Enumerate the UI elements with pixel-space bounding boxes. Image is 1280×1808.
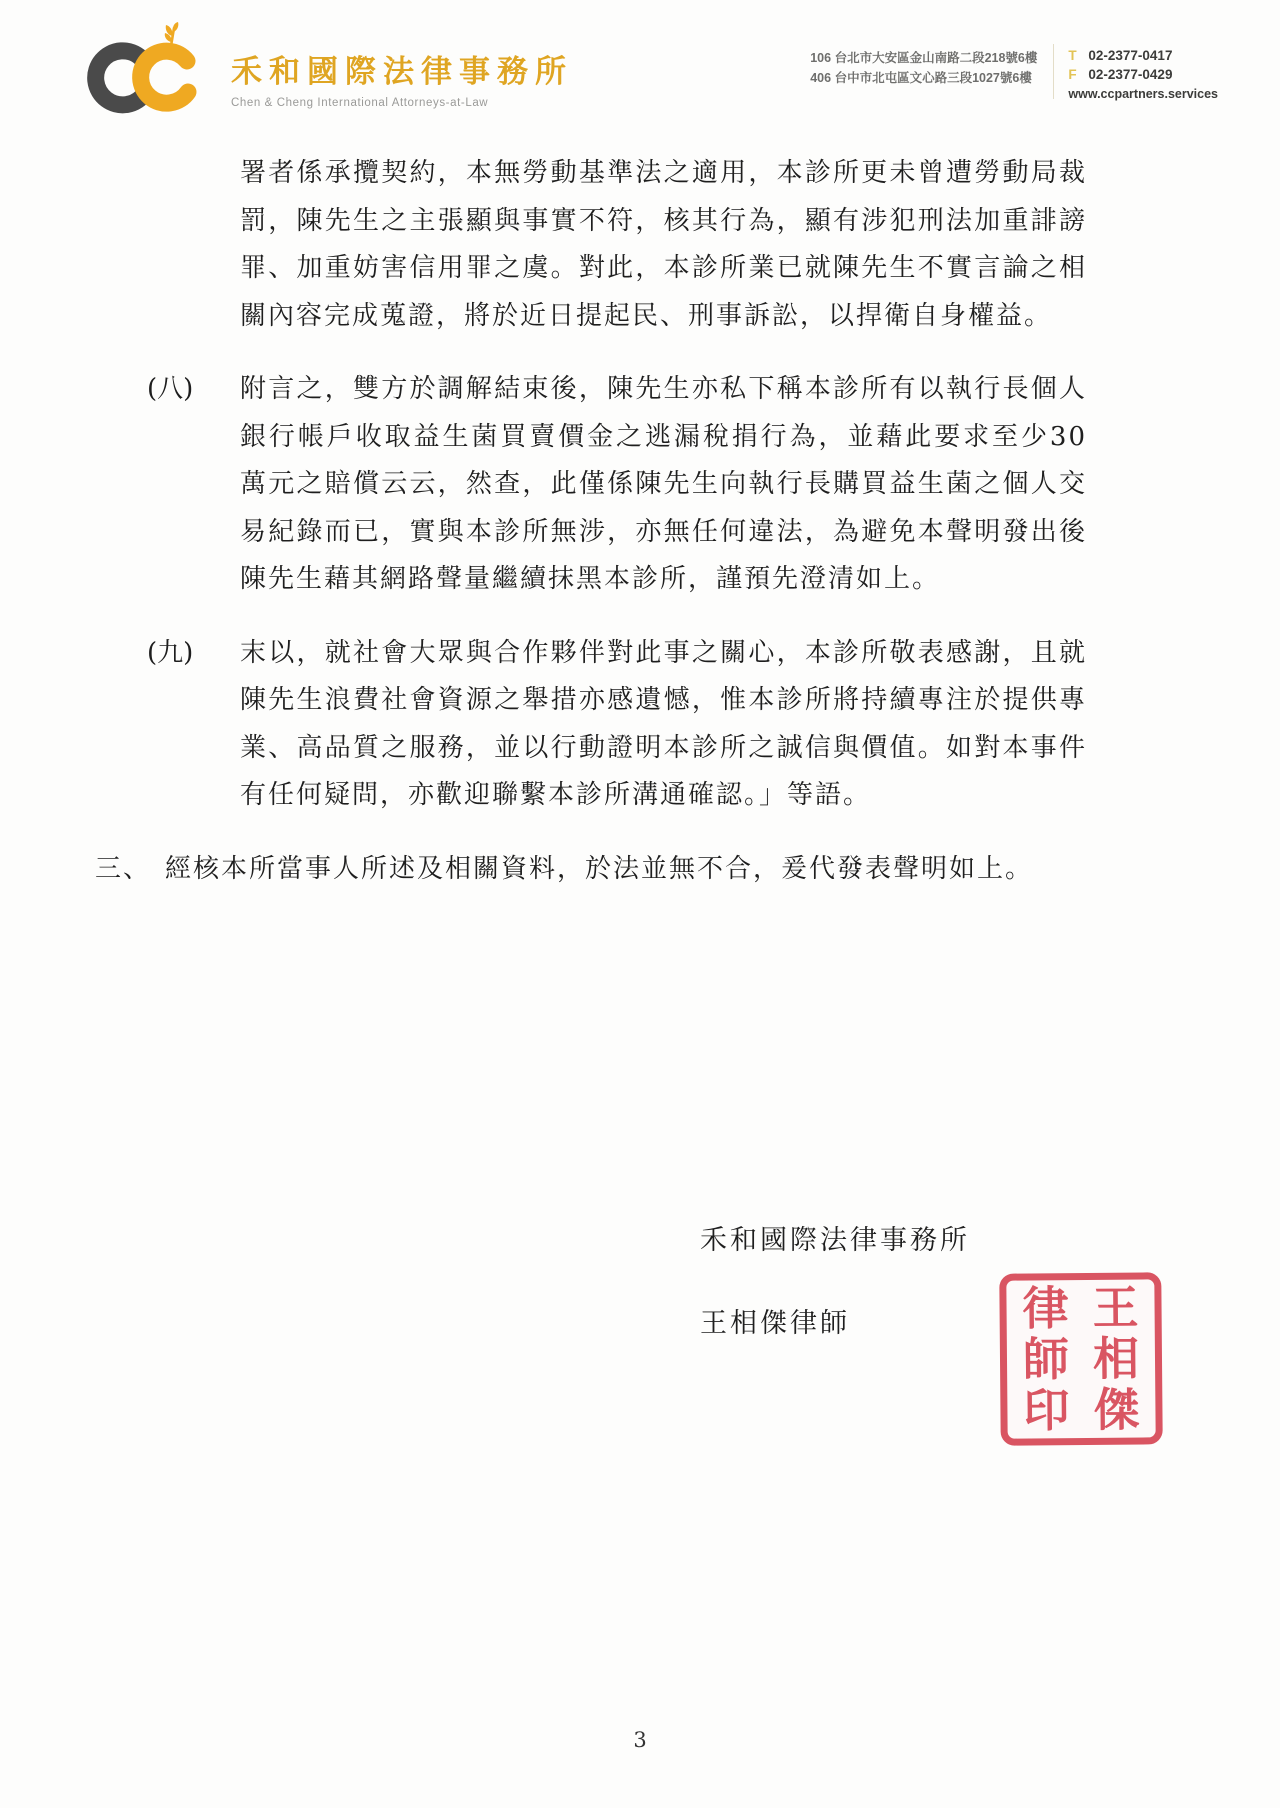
item-9-label: (九): [147, 630, 193, 678]
page-number: 3: [0, 1728, 1280, 1752]
fax-label: F: [1068, 65, 1088, 84]
tel-number: 02-2377-0417: [1088, 46, 1172, 65]
cc-monogram-logo-icon: [75, 22, 225, 118]
signature-block: 禾和國際法律事務所 王相傑律師 王相傑 律師印: [700, 1218, 1180, 1340]
item-8-label: (八): [147, 366, 193, 414]
statement-body: 署者係承攬契約，本無勞動基準法之適用，本診所更未曾遭勞動局裁罰，陳先生之主張顯與…: [95, 150, 1087, 893]
closing-text: 經核本所當事人所述及相關資料，於法並無不合，爰代發表聲明如上。: [165, 846, 1087, 894]
statement-item-8: (八) 附言之，雙方於調解結束後，陳先生亦私下稱本診所有以執行長個人銀行帳戶收取…: [95, 366, 1087, 604]
fax-number: 02-2377-0429: [1088, 65, 1172, 84]
firm-name-zh: 禾和國際法律事務所: [231, 46, 573, 91]
website-url: www.ccpartners.services: [1068, 87, 1218, 101]
statement-item-9: (九) 末以，就社會大眾與合作夥伴對此事之關心，本診所敬表感謝，且就陳先生浪費社…: [95, 630, 1087, 820]
firm-brand: 禾和國際法律事務所 Chen & Cheng International Att…: [75, 22, 573, 118]
paragraph-continuation: 署者係承攬契約，本無勞動基準法之適用，本診所更未曾遭勞動局裁罰，陳先生之主張顯與…: [240, 150, 1087, 340]
attorney-seal-stamp: 王相傑 律師印: [999, 1272, 1162, 1445]
phone-block: T 02-2377-0417 F 02-2377-0429 www.ccpart…: [1054, 42, 1218, 101]
fax-row: F 02-2377-0429: [1068, 65, 1218, 84]
header-contact-block: 106 台北市大安區金山南路二段218號6樓 406 台中市北屯區文心路三段10…: [810, 42, 1218, 101]
seal-right-column: 王相傑: [1089, 1282, 1142, 1435]
closing-paragraph: 三、 經核本所當事人所述及相關資料，於法並無不合，爰代發表聲明如上。: [95, 846, 1087, 894]
wheat-icon: [165, 22, 179, 46]
brand-text: 禾和國際法律事務所 Chen & Cheng International Att…: [231, 32, 573, 109]
tel-label: T: [1068, 46, 1088, 65]
closing-label: 三、: [95, 846, 151, 894]
signature-firm-name: 禾和國際法律事務所: [700, 1218, 1180, 1257]
document-page: 禾和國際法律事務所 Chen & Cheng International Att…: [0, 0, 1280, 1808]
letterhead: 禾和國際法律事務所 Chen & Cheng International Att…: [0, 20, 1280, 120]
item-9-text: 末以，就社會大眾與合作夥伴對此事之關心，本診所敬表感謝，且就陳先生浪費社會資源之…: [240, 630, 1087, 820]
office-addresses: 106 台北市大安區金山南路二段218號6樓 406 台中市北屯區文心路三段10…: [810, 42, 1053, 101]
item-8-text: 附言之，雙方於調解結束後，陳先生亦私下稱本診所有以執行長個人銀行帳戶收取益生菌買…: [240, 366, 1087, 604]
seal-left-column: 律師印: [1019, 1283, 1072, 1436]
address-taipei: 106 台北市大安區金山南路二段218號6樓: [810, 48, 1037, 68]
firm-name-en: Chen & Cheng International Attorneys-at-…: [231, 97, 573, 109]
address-taichung: 406 台中市北屯區文心路三段1027號6樓: [810, 68, 1037, 88]
telephone-row: T 02-2377-0417: [1068, 46, 1218, 65]
